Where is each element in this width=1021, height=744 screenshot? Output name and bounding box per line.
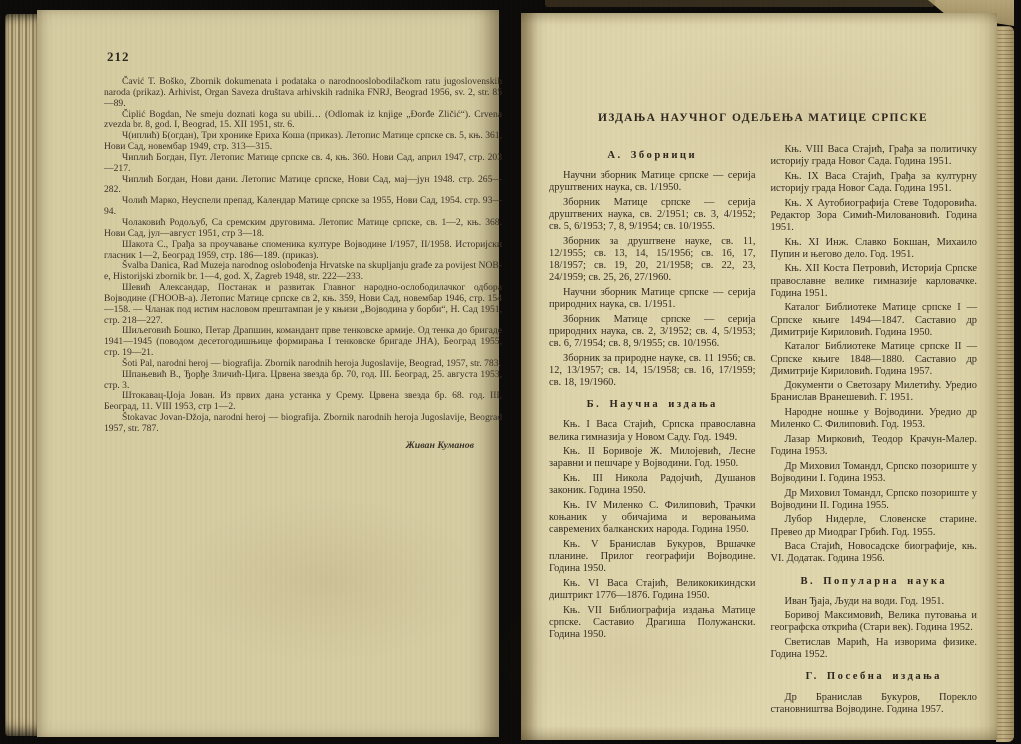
list-item: Зборник Матице српске — серија друштвени… bbox=[549, 197, 756, 233]
list-item: Књ. VIII Васа Стајић, Грађа за политичку… bbox=[771, 144, 978, 168]
bibliography-entry: Шиљеговић Бошко, Петар Драпшин, командан… bbox=[104, 326, 502, 359]
bibliography-entry: Švalba Danica, Rad Muzeja narodnog oslob… bbox=[104, 261, 502, 283]
bibliography-entry: Чолић Марко, Неуспели препад, Календар М… bbox=[104, 196, 502, 218]
right-page: ИЗДАЊА НАУЧНОГ ОДЕЉЕЊА МАТИЦЕ СРПСКЕ А. … bbox=[521, 13, 997, 740]
list-item: Књ. XI Инж. Славко Бокшан, Михаило Пупин… bbox=[771, 237, 978, 261]
book-spine-page-edges bbox=[5, 14, 39, 736]
list-item: Књ. IV Миленко С. Филиповић, Трачки коња… bbox=[549, 500, 756, 536]
bibliography-entry: Štokavac Jovan-Džoja, narodni heroj — bi… bbox=[104, 413, 502, 435]
page-title: ИЗДАЊА НАУЧНОГ ОДЕЉЕЊА МАТИЦЕ СРПСКЕ bbox=[549, 112, 977, 124]
bibliography-entry: Шакота С., Грађа за проучавање споменика… bbox=[104, 240, 502, 262]
list-item: Др Миховил Томандл, Српско позориште у В… bbox=[771, 488, 978, 512]
bibliography-entry: Ч(иплић) Б(огдан), Три хронике Ериха Кош… bbox=[104, 131, 502, 153]
list-item: Књ. II Боривоје Ж. Милојевић, Лесне зара… bbox=[549, 446, 756, 470]
list-item: Зборник за природне науке, св. 11 1956; … bbox=[549, 353, 756, 389]
bibliography-entry: Чолаковић Родољуб, Са сремским друговима… bbox=[104, 218, 502, 240]
bibliography-entry: Čavić T. Boško, Zbornik dokumenata i pod… bbox=[104, 77, 502, 110]
book-board-top-edge bbox=[545, 0, 935, 7]
list-item: Светислав Марић, На изворима физике. Год… bbox=[771, 637, 978, 661]
list-item: Каталог Библиотеке Матице српске II — Ср… bbox=[771, 341, 978, 377]
list-item: Лазар Мирковић, Теодор Крачун-Малер. Год… bbox=[771, 434, 978, 458]
bibliography-entry: Штокавац-Џоја Јован. Из првих дана устан… bbox=[104, 391, 502, 413]
bibliography-entry: Шпањевић В., Ђорђе Зличић-Цига. Црвена з… bbox=[104, 370, 502, 392]
bibliography-entry: Чиплић Богдан, Пут. Летопис Матице српск… bbox=[104, 153, 502, 175]
right-column: Књ. VIII Васа Стајић, Грађа за политичку… bbox=[771, 137, 978, 718]
list-item: Народне ношње у Војводини. Уредио др Мил… bbox=[771, 407, 978, 431]
list-item: Зборник Матице српске — серија природних… bbox=[549, 314, 756, 350]
list-item: Научни зборник Матице српске — серија др… bbox=[549, 170, 756, 194]
section-heading-v: В. Популарна наука bbox=[771, 576, 978, 588]
section-heading-b: Б. Научна издања bbox=[549, 399, 756, 411]
left-page: 212 Čavić T. Boško, Zbornik dokumenata i… bbox=[37, 10, 499, 737]
section-heading-g: Г. Посебна издања bbox=[771, 671, 978, 683]
list-item: Др Миховил Томандл, Српско позориште у В… bbox=[771, 461, 978, 485]
bibliography-entry: Шевић Александар, Постанак и развитак Гл… bbox=[104, 283, 502, 326]
left-column: А. Зборници Научни зборник Матице српске… bbox=[549, 137, 756, 718]
list-item: Књ. III Никола Радојчић, Душанов законик… bbox=[549, 473, 756, 497]
bibliography-entry: Čiplić Bogdan, Ne smeju doznati koga su … bbox=[104, 110, 502, 132]
list-item: Боривој Максимовић, Велика путовања и ге… bbox=[771, 610, 978, 634]
list-item: Књ. VII Библиографија издања Матице српс… bbox=[549, 605, 756, 641]
list-item: Научни зборник Матице српске — серија пр… bbox=[549, 287, 756, 311]
list-item: Каталог Библиотеке Матице српске I — Срп… bbox=[771, 302, 978, 338]
list-item: Књ. V Бранислав Букуров, Вршачке планине… bbox=[549, 539, 756, 575]
list-item: Књ. VI Васа Стајић, Великокикиндски дишт… bbox=[549, 578, 756, 602]
list-item: Књ. I Васа Стајић, Српска православна ве… bbox=[549, 419, 756, 443]
section-heading-a: А. Зборници bbox=[549, 150, 756, 162]
list-item: Лубор Нидерле, Словенске старине. Превео… bbox=[771, 514, 978, 538]
bibliography-list: Čavić T. Boško, Zbornik dokumenata i pod… bbox=[104, 77, 502, 452]
two-column-layout: А. Зборници Научни зборник Матице српске… bbox=[549, 137, 977, 718]
list-item: Документи о Светозару Милетићу. Уредио Б… bbox=[771, 380, 978, 404]
book-fore-edge bbox=[996, 26, 1014, 742]
list-item: Васа Стајић, Новосадске биографије, књ. … bbox=[771, 541, 978, 565]
list-item: Иван Ђаја, Људи на води. Год. 1951. bbox=[771, 596, 978, 608]
list-item: Књ. IX Васа Стајић, Грађа за културну ис… bbox=[771, 171, 978, 195]
list-item: Др Бранислав Букуров, Порекло становништ… bbox=[771, 692, 978, 716]
list-item: Књ. X Аутобиографија Стеве Тодоровића. Р… bbox=[771, 198, 978, 234]
author-signature: Живан Куманов bbox=[104, 441, 502, 452]
list-item: Књ. XII Коста Петровић, Историја Српске … bbox=[771, 263, 978, 299]
book-scan: 212 Čavić T. Boško, Zbornik dokumenata i… bbox=[0, 0, 1021, 744]
list-item: Зборник за друштвене науке, св. 11, 12/1… bbox=[549, 236, 756, 285]
bibliography-entry: Чиплић Богдан, Нови дани. Летопис Матице… bbox=[104, 175, 502, 197]
page-number: 212 bbox=[107, 49, 130, 65]
